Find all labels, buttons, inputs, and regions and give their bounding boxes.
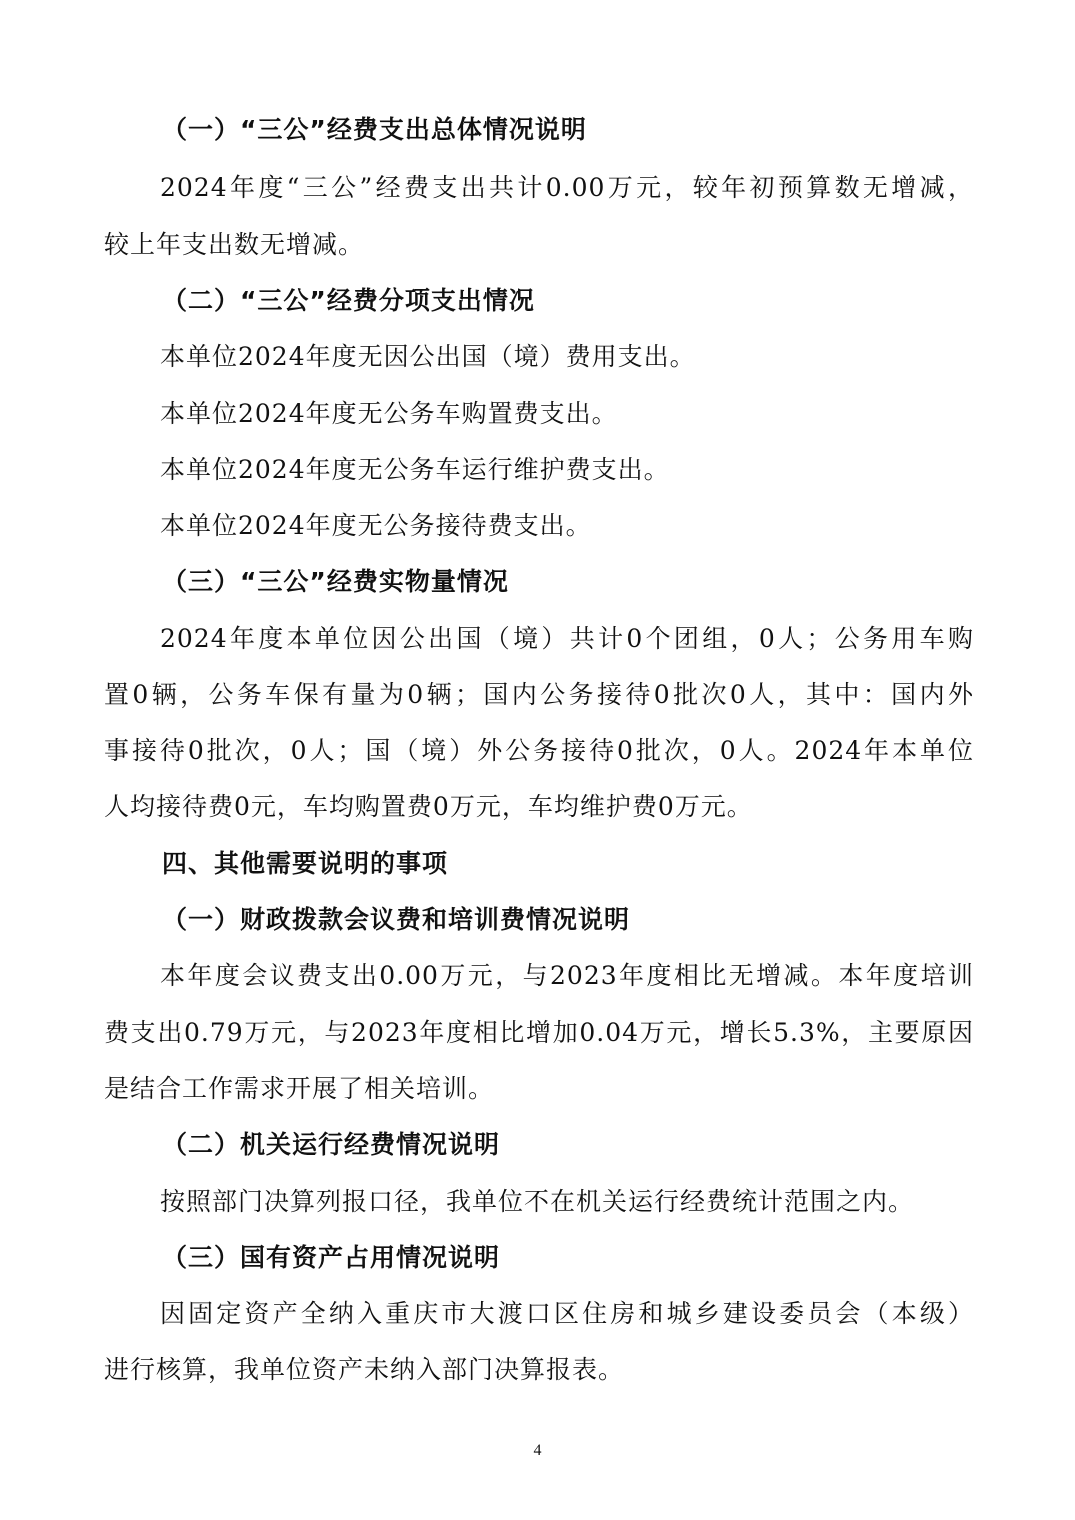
paragraph-line: 是结合工作需求开展了相关培训。	[104, 1072, 974, 1106]
paragraph-line: 按照部门决算列报口径，我单位不在机关运行经费统计范围之内。	[160, 1185, 974, 1219]
paragraph-line: 事接待0批次，0人；国（境）外公务接待0批次，0人。2024年本单位	[104, 734, 974, 768]
paragraph-line: 人均接待费0元，车均购置费0万元，车均维护费0万元。	[104, 790, 974, 824]
paragraph-line: 置0辆，公务车保有量为0辆；国内公务接待0批次0人，其中：国内外	[104, 678, 974, 712]
heading-sangong-items: （二）“三公”经费分项支出情况	[162, 284, 1032, 318]
paragraph-line: 本单位2024年度无公务车购置费支出。	[160, 397, 974, 431]
document-page: （一）“三公”经费支出总体情况说明 2024年度“三公”经费支出共计0.00万元…	[0, 0, 1075, 1520]
paragraph-line: 较上年支出数无增减。	[104, 228, 974, 262]
heading-meeting-training: （一）财政拨款会议费和培训费情况说明	[162, 903, 1032, 937]
heading-sangong-overall: （一）“三公”经费支出总体情况说明	[162, 113, 1032, 147]
paragraph-line: 进行核算，我单位资产未纳入部门决算报表。	[104, 1353, 974, 1387]
paragraph-line: 费支出0.79万元，与2023年度相比增加0.04万元，增长5.3%，主要原因	[104, 1016, 974, 1050]
page-number: 4	[0, 1442, 1075, 1460]
paragraph-line: 本单位2024年度无因公出国（境）费用支出。	[160, 340, 974, 374]
paragraph-line: 2024年度“三公”经费支出共计0.00万元，较年初预算数无增减，	[160, 171, 974, 205]
heading-other-matters: 四、其他需要说明的事项	[162, 847, 1032, 881]
paragraph-line: 本年度会议费支出0.00万元，与2023年度相比无增减。本年度培训	[160, 959, 974, 993]
paragraph-line: 2024年度本单位因公出国（境）共计0个团组，0人；公务用车购	[160, 622, 974, 656]
paragraph-line: 因固定资产全纳入重庆市大渡口区住房和城乡建设委员会（本级）	[160, 1297, 974, 1331]
heading-operating-funds: （二）机关运行经费情况说明	[162, 1128, 1032, 1162]
heading-sangong-physical: （三）“三公”经费实物量情况	[162, 565, 1032, 599]
heading-state-assets: （三）国有资产占用情况说明	[162, 1241, 1032, 1275]
paragraph-line: 本单位2024年度无公务车运行维护费支出。	[160, 453, 974, 487]
paragraph-line: 本单位2024年度无公务接待费支出。	[160, 509, 974, 543]
